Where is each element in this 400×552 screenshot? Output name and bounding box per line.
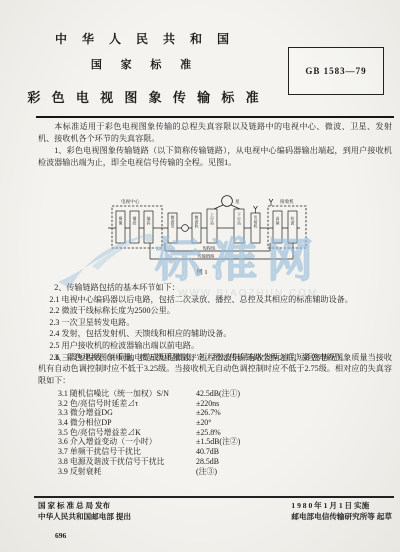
list-item: 2.2 微波干线标称长度为2500公里。 [38,305,392,317]
spec-label: 3.2 色/亮信号时延差⊿τ [58,399,196,409]
receiver-antenna-icon [269,199,273,206]
section3-paragraph: 3、彩色电视图象质量，按五级质量制评定。经过传输链路全程之后，彩色电视图象质量当… [38,352,392,386]
section2-list: 2、传输链路包括的基本环节如下： 2.1 电视中心编码器以后电路，包括二次录放、… [38,282,392,363]
drafter-line: 邮电部电信传输研究所等 起草 [291,511,392,522]
tv-center-block-1 [116,211,125,243]
tv-center-block-3 [144,211,153,243]
spec-value: ±220ns [196,399,219,409]
table-row: 3.2 色/亮信号时延差⊿τ±220ns [58,399,378,409]
spec-label: 3.3 微分增益DG [58,408,196,418]
country-name: 中 华 人 民 共 和 国 [0,30,290,47]
section2-heading: 2、传输链路包括的基本环节如下： [38,282,392,294]
spec-value: (注③) [196,467,217,477]
footer-right: 1 9 8 0 年 1 月 1 日 实施 邮电部电信传输研究所等 起草 [291,500,392,522]
page-number: 696 [55,531,66,540]
outer-bracket-label: 传输链路 [198,253,216,260]
spec-label: 3.9 反射衰耗 [58,467,196,477]
satellite-icon [222,196,233,207]
list-item: 2.3 一次卫星转发电路。 [38,317,392,329]
transmitter-antenna-icon [254,206,258,213]
spec-value: 40.7dB [196,447,219,457]
inner-bracket [165,243,270,251]
block-label-b7: 下行站 [237,212,241,226]
header-divider [36,116,394,118]
relay-node [182,225,189,232]
block-label-r1: 高频 [276,216,280,225]
footer-left: 国 家 标 准 总 局 发布 中华人民共和国邮电部 提出 [38,500,131,522]
spec-value: ±20° [196,418,211,428]
document-header: 中 华 人 民 共 和 国 国 家 标 准 彩 色 电 视 图 象 传 输 标 … [0,30,290,106]
standard-number: GB 1583—79 [305,66,366,76]
receiver-block-1 [273,211,282,243]
spec-label: 3.5 色/亮信号增益差⊿K [58,428,196,438]
implement-date-line: 1 9 8 0 年 1 月 1 日 实施 [291,500,392,511]
satellite-label: 星 [235,198,240,204]
tv-center-block-2 [130,211,139,243]
transmission-link-diagram: 电视中心 摄像 播控 编码 微波发 微波收 上行站 星 下行站 [88,192,320,286]
block-label-b1: 摄像 [119,216,123,225]
proposer-line: 中华人民共和国邮电部 提出 [38,511,131,522]
block-label-r2: 检波 [291,216,295,225]
standard-kind: 国 家 标 准 [0,56,290,72]
standard-number-box: GB 1583—79 [288,47,384,95]
intro-paragraphs: 本标准适用于彩色电视图象传输的总程失真容限以及链路中的电视中心、微波、卫星、发射… [38,121,392,169]
spec-label: 3.1 随机信噪比（统一加权）S/N [58,389,196,399]
spec-value: ±25.8% [196,428,221,438]
scanned-standard-document-page: 中 华 人 民 共 和 国 国 家 标 准 彩 色 电 视 图 象 传 输 标 … [0,0,400,552]
tv-center-label: 电视中心 [121,198,140,205]
block-label-b8: 发射机 [254,215,258,229]
block-label-b4: 微波发 [171,215,175,229]
table-row: 3.6 介入增益变动（一小时）±1.5dB(注②) [58,437,378,447]
table-row: 3.4 微分相位DP±20° [58,418,378,428]
table-row: 3.1 随机信噪比（统一加权）S/N42.5dB(注①) [58,389,378,399]
list-item: 2.1 电视中心编码器以后电路，包括二次录放、播控、总控及其相应的标准辅助设备。 [38,294,392,306]
table-row: 3.5 色/亮信号增益差⊿K±25.8% [58,428,378,438]
spec-label: 3.7 单频干扰信号干扰比 [58,447,196,457]
spec-value: ±1.5dB(注②) [196,437,240,447]
spec-label: 3.8 电源及谐波干扰信号干扰比 [58,457,196,467]
list-item: 2.4 发射，包括发射机、天馈线和相应的辅助设备。 [38,328,392,340]
block-label-b5: 微波收 [195,215,199,229]
page-title: 彩 色 电 视 图 象 传 输 标 准 [0,87,290,106]
downlink-beam [231,205,240,209]
figure-caption: 图 1 [196,267,207,276]
document-footer: 国 家 标 准 总 局 发布 中华人民共和国邮电部 提出 1 9 8 0 年 1… [38,500,392,522]
block-label-b3: 编码 [147,216,151,225]
footer-divider [34,496,394,498]
list-item: 2.5 用户接收机的检波器输出端以前电路。 [38,340,392,352]
spec-value: ±26.7% [196,408,221,418]
table-row: 3.3 微分增益DG±26.7% [58,408,378,418]
receiver-block-2 [288,211,297,243]
table-row: 3.9 反射衰耗(注③) [58,467,378,477]
section3-paragraph-wrap: 3、彩色电视图象质量，按五级质量制评定。经过传输链路全程之后，彩色电视图象质量当… [38,352,392,386]
receiver-label: 接收机 [280,198,294,205]
spec-value: 42.5dB(注①) [196,389,240,399]
spec-table: 3.1 随机信噪比（统一加权）S/N42.5dB(注①) 3.2 色/亮信号时延… [58,389,378,476]
inner-bracket-label: 短程线 [203,245,216,252]
issuer-line: 国 家 标 准 总 局 发布 [38,500,131,511]
spec-label: 3.4 微分相位DP [58,418,196,428]
spec-value: 28.5dB [196,457,219,467]
figure-1-diagram: 电视中心 摄像 播控 编码 微波发 微波收 上行站 星 下行站 [88,192,320,286]
scope-paragraph: 本标准适用于彩色电视图象传输的总程失真容限以及链路中的电视中心、微波、卫星、发射… [38,121,392,145]
block-label-b2: 播控 [133,216,137,225]
spec-label: 3.6 介入增益变动（一小时） [58,437,196,447]
uplink-beam [214,205,223,209]
block-label-b6: 上行站 [210,212,214,226]
table-row: 3.7 单频干扰信号干扰比40.7dB [58,447,378,457]
section1-paragraph: 1、彩色电视图象传输链路（以下简称传输链路），从电视中心编码器输出端起，到用户接… [38,145,392,169]
table-row: 3.8 电源及谐波干扰信号干扰比28.5dB [58,457,378,467]
